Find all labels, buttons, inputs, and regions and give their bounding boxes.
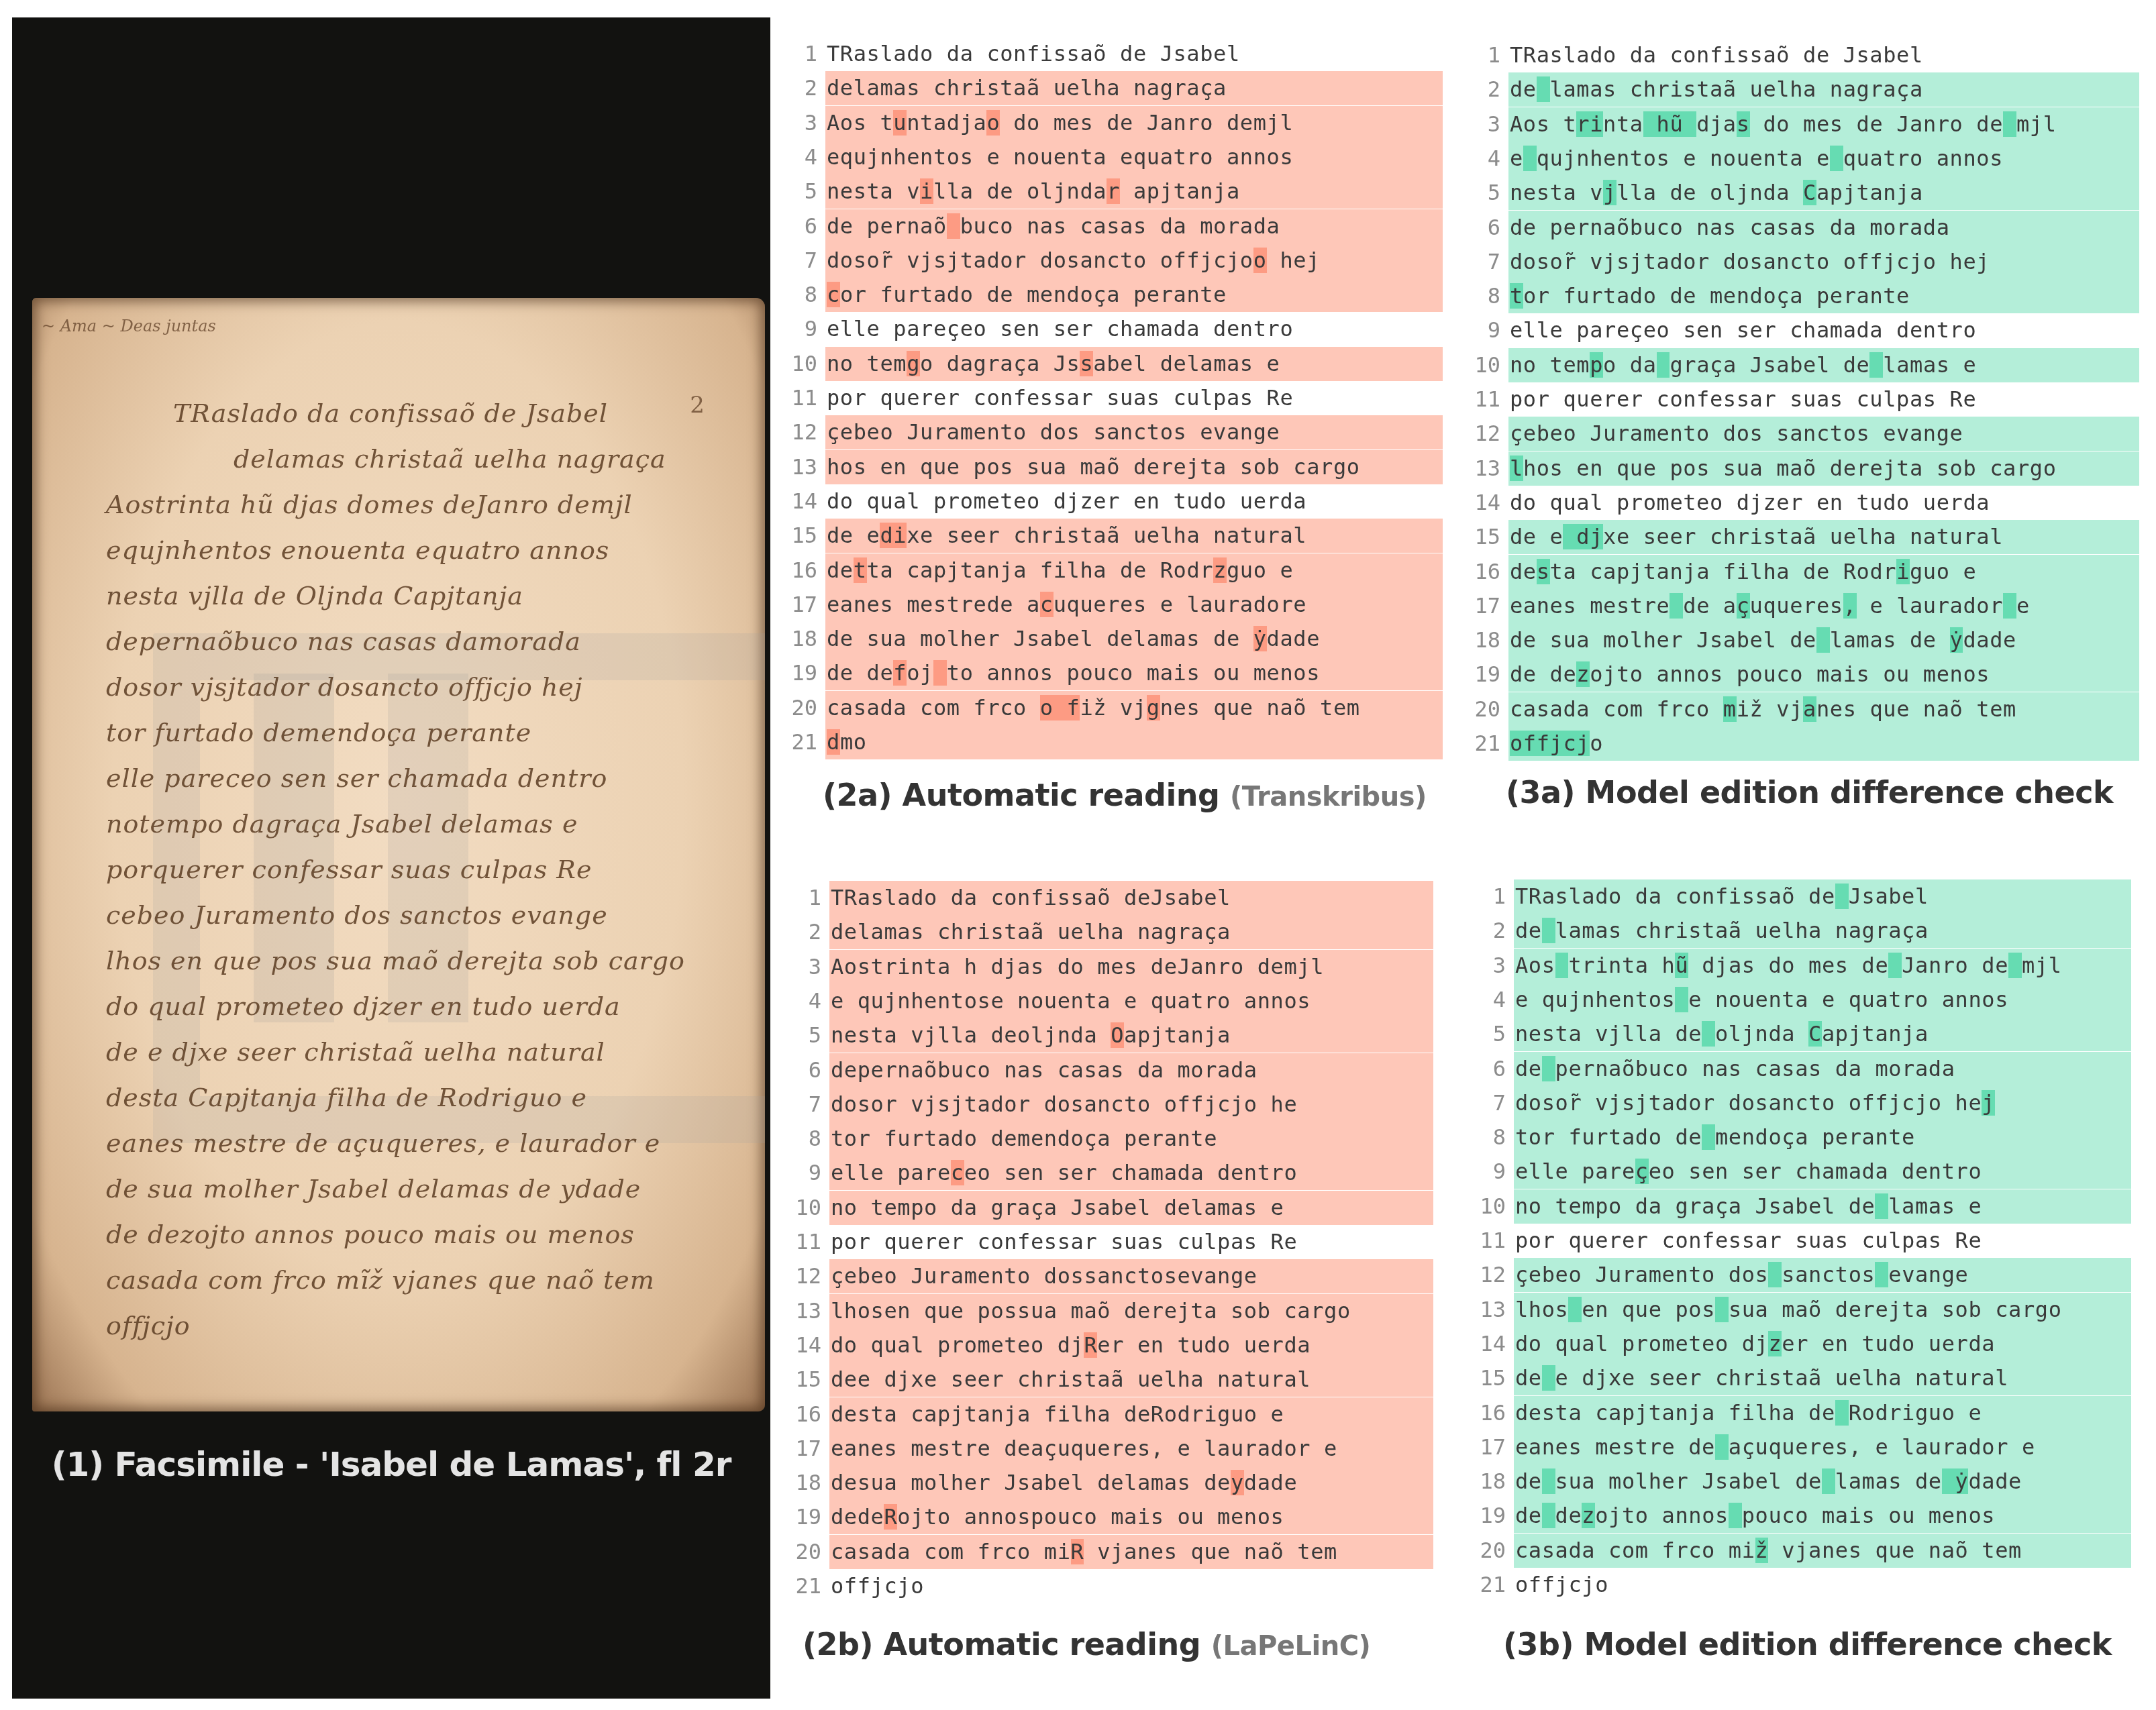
line-text: do qual prometeo djzer en tudo uerda bbox=[1510, 490, 1990, 515]
transcription-line: 20casada com frco o fiž vjgnes que naõ t… bbox=[778, 691, 1443, 725]
diff-mark: r bbox=[1107, 178, 1120, 204]
text-segment: delamas christaã uelha nagraça bbox=[831, 919, 1231, 945]
text-segment: de pernaõ bbox=[827, 213, 947, 239]
text-segment: Rodriguo e bbox=[1849, 1400, 1982, 1426]
transcription-line: 21offjcjo bbox=[1461, 727, 2139, 761]
line-text: de dezojto annos pouco mais ou menos bbox=[1515, 1503, 1995, 1528]
text-segment: e bbox=[1510, 146, 1523, 171]
line-number: 12 bbox=[1461, 421, 1500, 446]
text-segment: sua molher Jsabel de bbox=[1555, 1468, 1822, 1494]
transcription-line: 19de dezojto annos pouco mais ou menos bbox=[1467, 1499, 2131, 1533]
line-number: 11 bbox=[778, 385, 817, 411]
diff-mark bbox=[1835, 884, 1849, 909]
line-text: de defoj to annos pouco mais ou menos bbox=[827, 660, 1320, 686]
line-number: 21 bbox=[1467, 1572, 1506, 1597]
line-number: 11 bbox=[1461, 386, 1500, 412]
line-number: 7 bbox=[782, 1091, 821, 1117]
diff-mark: j bbox=[1603, 180, 1616, 205]
text-segment: abel delamas e bbox=[1093, 351, 1280, 376]
diff-mark: u bbox=[893, 110, 907, 136]
diff-mark: o bbox=[986, 110, 1000, 136]
text-segment: nesta vjlla deoljnda bbox=[831, 1022, 1111, 1048]
facsimile-caption: (1) Facsimile - 'Isabel de Lamas', fl 2r bbox=[12, 1445, 770, 1484]
margin-note: ~ Ama ~ Deas juntas bbox=[42, 317, 216, 335]
diff-mark: hũ bbox=[1643, 111, 1696, 137]
text-segment: o da bbox=[1603, 352, 1656, 378]
diff-mark: t bbox=[854, 557, 867, 583]
panel-3b-caption: (3b) Model edition difference check bbox=[1503, 1626, 2112, 1662]
text-segment: e djxe seer christaã uelha natural bbox=[1555, 1365, 2008, 1391]
diff-mark bbox=[1523, 146, 1537, 171]
line-number: 18 bbox=[778, 626, 817, 651]
line-number: 13 bbox=[778, 454, 817, 480]
line-text: equjnhentos e nouenta equatro annos bbox=[827, 144, 1293, 170]
line-text: de pernaõ buco nas casas da morada bbox=[827, 213, 1280, 239]
diff-mark: C bbox=[1803, 180, 1816, 205]
text-segment: er en tudo uerda bbox=[1097, 1332, 1311, 1358]
text-segment: de e bbox=[1510, 524, 1563, 549]
line-number: 1 bbox=[778, 41, 817, 66]
line-number: 9 bbox=[778, 316, 817, 341]
line-number: 3 bbox=[1467, 953, 1506, 978]
text-segment: guo e bbox=[1227, 557, 1293, 583]
text-segment: elle pare bbox=[831, 1160, 951, 1185]
text-segment: nesta vjlla de bbox=[1515, 1021, 1702, 1047]
transcription-line: 1TRaslado da confissaõ de Jsabel bbox=[1467, 879, 2131, 914]
transcription-line: 13hos en que pos sua maõ derejta sob car… bbox=[778, 450, 1443, 484]
line-text: casada com frco miž vjanes que naõ tem bbox=[1510, 696, 2016, 722]
line-text: nesta villa de oljndar apjtanja bbox=[827, 178, 1240, 204]
line-number: 7 bbox=[1461, 249, 1500, 274]
line-number: 21 bbox=[782, 1573, 821, 1599]
text-segment: mendoça perante bbox=[1715, 1124, 1915, 1150]
text-segment: to annos pouco mais ou menos bbox=[947, 660, 1320, 686]
line-text: offjcjo bbox=[831, 1573, 924, 1599]
transcription-line: 6de pernaõ buco nas casas da morada bbox=[778, 209, 1443, 244]
text-segment: e bbox=[2016, 593, 2030, 619]
text-segment: elle pareçeo sen ser chamada dentro bbox=[827, 316, 1293, 341]
line-text: elle pareçeo sen ser chamada dentro bbox=[1515, 1159, 1982, 1184]
text-segment: çebeo Juramento dos bbox=[1515, 1262, 1768, 1287]
transcription-line: 5nesta vjlla deoljnda Oapjtanja bbox=[782, 1018, 1433, 1053]
text-segment: delamas christaã uelha nagraça bbox=[827, 75, 1227, 101]
text-segment: mjl bbox=[2016, 111, 2057, 137]
line-number: 13 bbox=[1467, 1297, 1506, 1322]
diff-mark: f bbox=[893, 660, 907, 686]
line-number: 6 bbox=[1461, 215, 1500, 240]
text-segment: TRaslado da confissaõ de Jsabel bbox=[1510, 42, 1923, 68]
text-segment: de pernaõbuco nas casas da morada bbox=[1510, 215, 1950, 240]
transcription-line: 21offjcjo bbox=[782, 1569, 1433, 1603]
text-segment: tor furtado demendoça perante bbox=[831, 1126, 1217, 1151]
diff-mark: a bbox=[1803, 696, 1816, 722]
transcription-line: 15de e djxe seer christaã uelha natural bbox=[1461, 520, 2139, 554]
handwritten-line: TRaslado da confissaõ de Jsabel bbox=[173, 398, 608, 428]
text-segment: por querer confessar suas culpas Re bbox=[827, 385, 1293, 411]
text-segment: evange bbox=[1888, 1262, 1968, 1287]
transcription-line: 11por querer confessar suas culpas Re bbox=[782, 1225, 1433, 1259]
line-number: 3 bbox=[782, 954, 821, 979]
transcription-line: 13lhos en que pos sua maõ derejta sob ca… bbox=[1467, 1293, 2131, 1327]
transcription-line: 9elle pareçeo sen ser chamada dentro bbox=[778, 312, 1443, 346]
text-segment: dja bbox=[1696, 111, 1737, 137]
line-number: 14 bbox=[778, 488, 817, 514]
diff-highlight-band bbox=[825, 725, 1443, 759]
text-segment: Aos bbox=[1515, 953, 1555, 978]
line-number: 4 bbox=[1461, 146, 1500, 171]
transcription-line: 13lhosen que possua maõ derejta sob carg… bbox=[782, 1294, 1433, 1328]
text-segment: ojto annos pouco mais ou menos bbox=[1590, 661, 1990, 687]
line-number: 20 bbox=[1461, 696, 1500, 722]
line-number: 5 bbox=[1467, 1021, 1506, 1047]
text-segment: lamas e bbox=[1888, 1193, 1982, 1219]
handwritten-line: do qual prometeo djzer en tudo uerda bbox=[106, 992, 621, 1021]
transcription-line: 9elle pareceo sen ser chamada dentro bbox=[782, 1156, 1433, 1190]
text-segment: TRaslado da confissaõ de Jsabel bbox=[827, 41, 1240, 66]
line-text: de sua molher Jsabel delamas de ẏdade bbox=[827, 626, 1320, 651]
transcription-line: 20casada com frco miR vjanes que naõ tem bbox=[782, 1535, 1433, 1569]
text-segment: ojto annos bbox=[1595, 1503, 1729, 1528]
diff-mark bbox=[1568, 1297, 1582, 1322]
transcription-line: 1TRaslado da confissaõ de Jsabel bbox=[778, 37, 1443, 71]
text-segment: guo e bbox=[1910, 559, 1976, 584]
line-text: Aos trinta hũ djas do mes de Janro de mj… bbox=[1510, 111, 2057, 137]
text-segment: Janro de bbox=[1902, 953, 2008, 978]
folio-number: 2 bbox=[690, 392, 705, 419]
text-segment: TRaslado da confissaõ deJsabel bbox=[831, 885, 1231, 910]
handwritten-line: desta Capjtanja filha de Rodriguo e bbox=[106, 1083, 587, 1112]
diff-mark bbox=[1822, 1468, 1835, 1494]
line-text: TRaslado da confissaõ de Jsabel bbox=[1510, 42, 1923, 68]
line-text: nesta vjlla de oljnda Capjtanja bbox=[1515, 1021, 1929, 1047]
line-text: desta capjtanja filha de Rodriguo e bbox=[1515, 1400, 1982, 1426]
text-segment: elle pareçeo sen ser chamada dentro bbox=[1510, 317, 1976, 343]
line-text: no temgo dagraça Jssabel delamas e bbox=[827, 351, 1280, 376]
line-text: dosor̃ vjsjtador dosancto offjcjo hej bbox=[1510, 249, 1990, 274]
diff-mark bbox=[1542, 1468, 1555, 1494]
text-segment: çebeo Juramento dossanctosevange bbox=[831, 1263, 1257, 1289]
transcription-line: 16desta capjtanja filha de Rodriguo e bbox=[1461, 555, 2139, 589]
text-segment: no tem bbox=[827, 351, 907, 376]
line-text: Aos trinta hũ djas do mes de Janro de mj… bbox=[1515, 953, 2062, 978]
line-text: por querer confessar suas culpas Re bbox=[827, 385, 1293, 411]
text-segment: de bbox=[1510, 76, 1537, 102]
diff-mark bbox=[1869, 352, 1883, 378]
text-segment: lhos bbox=[1515, 1297, 1568, 1322]
line-number: 12 bbox=[1467, 1262, 1506, 1287]
transcription-line: 8cor furtado de mendoça perante bbox=[778, 278, 1443, 312]
transcription-line: 11por querer confessar suas culpas Re bbox=[1461, 382, 2139, 417]
diff-mark: d bbox=[827, 729, 840, 755]
text-segment: hos en que pos sua maõ derejta sob cargo bbox=[1523, 456, 2057, 481]
transcription-line: 3Aos tuntadjao do mes de Janro demjl bbox=[778, 106, 1443, 140]
text-segment: e laurador bbox=[1857, 593, 2004, 619]
text-segment: sanctos bbox=[1782, 1262, 1875, 1287]
text-segment: dade bbox=[1963, 627, 2016, 653]
text-segment: oljnda bbox=[1715, 1021, 1808, 1047]
text-segment: lla de oljnda bbox=[1616, 180, 1803, 205]
diff-mark bbox=[1835, 1400, 1849, 1426]
diff-mark bbox=[1702, 1124, 1715, 1150]
caption-main: (2a) Automatic reading bbox=[823, 777, 1219, 813]
line-text: elle pareçeo sen ser chamada dentro bbox=[827, 316, 1293, 341]
diff-mark: i bbox=[1896, 559, 1910, 584]
transcription-line: 18de sua molher Jsabel de lamas de ẏdade bbox=[1461, 623, 2139, 657]
line-number: 18 bbox=[1461, 627, 1500, 653]
diff-mark: c bbox=[951, 1160, 964, 1185]
text-segment: por querer confessar suas culpas Re bbox=[831, 1229, 1297, 1254]
line-text: de lamas christaã uelha nagraça bbox=[1515, 918, 1929, 943]
diff-mark bbox=[1675, 987, 1688, 1012]
text-segment: de sua molher Jsabel delamas de bbox=[827, 626, 1253, 651]
transcription-line: 4equjnhentos e nouenta equatro annos bbox=[778, 140, 1443, 174]
handwritten-line: depernaõbuco nas casas damorada bbox=[106, 627, 581, 656]
diff-mark: ž bbox=[1755, 1538, 1769, 1563]
line-text: hos en que pos sua maõ derejta sob cargo bbox=[827, 454, 1360, 480]
line-text: Aos tuntadjao do mes de Janro demjl bbox=[827, 110, 1293, 136]
transcription-line: 10no tempo da graça Jsabel delamas e bbox=[782, 1191, 1433, 1225]
line-number: 3 bbox=[778, 110, 817, 136]
transcription-line: 7dosor̃ vjsjtador dosancto offjcjo hej bbox=[1467, 1086, 2131, 1120]
text-segment: dade bbox=[1244, 1470, 1297, 1495]
text-segment: lla de oljnda bbox=[933, 178, 1107, 204]
line-number: 12 bbox=[778, 419, 817, 445]
diff-mark bbox=[1888, 953, 1902, 978]
diff-mark: z bbox=[1576, 661, 1590, 687]
line-number: 6 bbox=[778, 213, 817, 239]
transcription-line: 3Aos trinta hũ djas do mes de Janro de m… bbox=[1467, 949, 2131, 983]
line-number: 1 bbox=[782, 885, 821, 910]
transcription-line: 13lhos en que pos sua maõ derejta sob ca… bbox=[1461, 451, 2139, 486]
text-segment: mjl bbox=[2022, 953, 2062, 978]
line-text: detta capjtanja filha de Rodrzguo e bbox=[827, 557, 1293, 583]
caption-source: (LaPeLinC) bbox=[1211, 1631, 1371, 1662]
transcription-line: 14do qual prometeo djzer en tudo uerda bbox=[778, 484, 1443, 519]
transcription-line: 8tor furtado de mendoça perante bbox=[1461, 279, 2139, 313]
text-segment: dade bbox=[1267, 626, 1320, 651]
handwritten-line: de dezojto annos pouco mais ou menos bbox=[106, 1220, 635, 1249]
line-text: offjcjo bbox=[1510, 731, 1603, 756]
text-segment: dade bbox=[1968, 1468, 2021, 1494]
line-number: 10 bbox=[1461, 352, 1500, 378]
line-number: 13 bbox=[1461, 456, 1500, 481]
line-number: 2 bbox=[782, 919, 821, 945]
line-number: 15 bbox=[1467, 1365, 1506, 1391]
text-segment: iž vj bbox=[1737, 696, 1803, 722]
handwritten-line: notempo dagraça Jsabel delamas e bbox=[106, 809, 578, 839]
line-text: de edixe seer christaã uelha natural bbox=[827, 523, 1306, 548]
line-text: desta capjtanja filha de Rodriguo e bbox=[1510, 559, 1976, 584]
text-segment: no tem bbox=[1510, 352, 1590, 378]
text-segment: nes que naõ tem bbox=[1160, 695, 1360, 720]
diff-mark bbox=[1542, 918, 1555, 943]
transcription-line: 15dee djxe seer christaã uelha natural bbox=[782, 1362, 1433, 1397]
diff-mark bbox=[1729, 1503, 1742, 1528]
line-text: eanes mestre de açuqueres, e laurador e bbox=[1515, 1434, 2035, 1460]
line-text: nesta vjlla de oljnda Capjtanja bbox=[1510, 180, 1923, 205]
line-text: elle pareceo sen ser chamada dentro bbox=[831, 1160, 1297, 1185]
transcription-line: 9elle pareçeo sen ser chamada dentro bbox=[1461, 313, 2139, 348]
line-text: elle pareçeo sen ser chamada dentro bbox=[1510, 317, 1976, 343]
line-text: de sua molher Jsabel de lamas de ẏdade bbox=[1510, 627, 2016, 653]
diff-mark: ũ bbox=[1675, 953, 1688, 978]
line-text: por querer confessar suas culpas Re bbox=[1510, 386, 1976, 412]
text-segment: dosor vjsjtador dosancto offjcjo he bbox=[831, 1091, 1297, 1117]
transcription-line: 3Aos trinta hũ djas do mes de Janro de m… bbox=[1461, 107, 2139, 142]
line-number: 19 bbox=[1461, 661, 1500, 687]
line-text: no tempo da graça Jsabel de lamas e bbox=[1515, 1193, 1982, 1219]
transcription-line: 18de sua molher Jsabel delamas de ẏdade bbox=[778, 622, 1443, 656]
text-segment: de de bbox=[827, 660, 893, 686]
transcription-line: 16desta capjtanja filha deRodriguo e bbox=[782, 1397, 1433, 1432]
text-segment: casada com frco mi bbox=[831, 1539, 1071, 1564]
line-number: 5 bbox=[782, 1022, 821, 1048]
transcription-line: 5nesta vjlla de oljnda Capjtanja bbox=[1461, 176, 2139, 210]
line-text: por querer confessar suas culpas Re bbox=[1515, 1228, 1982, 1253]
diff-mark: i bbox=[920, 178, 933, 204]
line-text: TRaslado da confissaõ deJsabel bbox=[831, 885, 1231, 910]
diff-mark: ç bbox=[1737, 593, 1750, 619]
text-segment: o bbox=[1590, 731, 1603, 756]
diff-mark bbox=[1702, 1021, 1715, 1047]
text-segment: offjcjo bbox=[831, 1573, 924, 1599]
text-segment: açuqueres, e laurador e bbox=[1729, 1434, 2035, 1460]
text-segment: por querer confessar suas culpas Re bbox=[1510, 386, 1976, 412]
line-text: casada com frco miR vjanes que naõ tem bbox=[831, 1539, 1337, 1564]
text-segment: lamas de bbox=[1830, 627, 1950, 653]
line-number: 1 bbox=[1461, 42, 1500, 68]
diff-mark bbox=[1537, 76, 1550, 102]
diff-mark: z bbox=[1768, 1331, 1782, 1356]
text-segment: e qujnhentose nouenta e quatro annos bbox=[831, 988, 1311, 1014]
diff-mark bbox=[1542, 1365, 1555, 1391]
diff-mark bbox=[1670, 593, 1683, 619]
text-segment: djas do mes de bbox=[1688, 953, 1888, 978]
transcription-line: 1TRaslado da confissaõ deJsabel bbox=[782, 881, 1433, 915]
text-segment: vjanes que naõ tem bbox=[1768, 1538, 2021, 1563]
line-number: 13 bbox=[782, 1298, 821, 1324]
diff-mark: ç bbox=[1635, 1159, 1649, 1184]
diff-mark: ẏ bbox=[1950, 627, 1963, 653]
line-text: çebeo Juramento dossanctosevange bbox=[831, 1263, 1257, 1289]
line-text: depernaõbuco nas casas da morada bbox=[831, 1057, 1257, 1083]
text-segment: elle pare bbox=[1515, 1159, 1635, 1184]
panel-2b-caption: (2b) Automatic reading (LaPeLinC) bbox=[803, 1626, 1370, 1662]
transcription-line: 6de pernaõbuco nas casas da morada bbox=[1467, 1052, 2131, 1086]
text-segment: dee djxe seer christaã uelha natural bbox=[831, 1367, 1311, 1392]
line-text: dee djxe seer christaã uelha natural bbox=[831, 1367, 1311, 1392]
line-text: dosor̃ vjsjtador dosancto offjcjoo hej bbox=[827, 248, 1320, 273]
text-segment: do qual prometeo dj bbox=[1515, 1331, 1768, 1356]
handwritten-line: elle pareceo sen ser chamada dentro bbox=[106, 763, 607, 793]
text-segment: lamas christaã uelha nagraça bbox=[1550, 76, 1923, 102]
diff-mark bbox=[1542, 1056, 1555, 1081]
text-segment: sua maõ derejta sob cargo bbox=[1729, 1297, 2062, 1322]
text-segment: no tempo da graça Jsabel de bbox=[1515, 1193, 1875, 1219]
text-segment: de e bbox=[827, 523, 880, 548]
text-segment: ntadja bbox=[907, 110, 986, 136]
text-segment: graça Jsabel de bbox=[1670, 352, 1869, 378]
text-segment: nesta v bbox=[1510, 180, 1603, 205]
line-text: TRaslado da confissaõ de Jsabel bbox=[1515, 884, 1929, 909]
line-number: 16 bbox=[1461, 559, 1500, 584]
line-number: 4 bbox=[1467, 987, 1506, 1012]
line-number: 20 bbox=[778, 695, 817, 720]
handwritten-line: nesta vjlla de Oljnda Capjtanja bbox=[106, 581, 523, 610]
diff-mark: ẏ bbox=[1942, 1468, 1969, 1494]
text-segment: de bbox=[1515, 918, 1542, 943]
line-number: 5 bbox=[1461, 180, 1500, 205]
diff-mark: R bbox=[884, 1504, 897, 1530]
text-segment: desta capjtanja filha deRodriguo e bbox=[831, 1401, 1284, 1427]
text-segment: eanes mestrede a bbox=[827, 592, 1040, 617]
diff-mark bbox=[2008, 953, 2022, 978]
transcription-line: 20casada com frco miž vjanes que naõ tem bbox=[1467, 1534, 2131, 1568]
diff-mark: O bbox=[1111, 1022, 1124, 1048]
line-text: lhos en que pos sua maõ derejta sob carg… bbox=[1510, 456, 2057, 481]
text-segment: Aos t bbox=[1510, 111, 1576, 137]
text-segment: pouco mais ou menos bbox=[1742, 1503, 1995, 1528]
line-text: lhosen que possua maõ derejta sob cargo bbox=[831, 1298, 1351, 1324]
line-number: 10 bbox=[782, 1195, 821, 1220]
line-number: 20 bbox=[782, 1539, 821, 1564]
caption-source: (Transkribus) bbox=[1230, 782, 1427, 812]
diff-mark bbox=[1830, 146, 1843, 171]
transcription-line: 17eanes mestrede acuqueres e lauradore bbox=[778, 588, 1443, 622]
text-segment: do qual prometeo djzer en tudo uerda bbox=[827, 488, 1306, 514]
text-segment: buco nas casas da morada bbox=[960, 213, 1280, 239]
diff-mark bbox=[1715, 1434, 1729, 1460]
line-number: 18 bbox=[1467, 1468, 1506, 1494]
text-segment: vjanes que naõ tem bbox=[1084, 1539, 1337, 1564]
text-segment: de bbox=[1515, 1056, 1542, 1081]
line-text: e qujnhentos e nouenta e quatro annos bbox=[1515, 987, 2008, 1012]
text-segment: xe seer christaã uelha natural bbox=[907, 523, 1306, 548]
line-number: 15 bbox=[778, 523, 817, 548]
diff-mark bbox=[1657, 352, 1670, 378]
transcription-line: 4e qujnhentose nouenta e quatro annos bbox=[782, 984, 1433, 1018]
transcription-line: 18de sua molher Jsabel de lamas de ẏdade bbox=[1467, 1464, 2131, 1499]
text-segment: casada com frco mi bbox=[1515, 1538, 1755, 1563]
text-segment: TRaslado da confissaõ de bbox=[1515, 884, 1835, 909]
line-number: 2 bbox=[1467, 918, 1506, 943]
line-number: 8 bbox=[1461, 283, 1500, 309]
transcription-line: 2delamas christaã uelha nagraça bbox=[778, 71, 1443, 105]
diff-mark: s bbox=[1080, 351, 1093, 376]
text-segment: casada com frco bbox=[1510, 696, 1723, 722]
line-number: 21 bbox=[1461, 731, 1500, 756]
diff-mark: ẏ bbox=[1253, 626, 1267, 651]
diff-mark: z bbox=[1213, 557, 1227, 583]
transcription-line: 6depernaõbuco nas casas da morada bbox=[782, 1053, 1433, 1087]
transcription-line: 15de edixe seer christaã uelha natural bbox=[778, 519, 1443, 553]
transcription-line: 19de defoj to annos pouco mais ou menos bbox=[778, 656, 1443, 690]
handwritten-line: de sua molher Jsabel delamas de ydade bbox=[106, 1174, 641, 1204]
text-segment: de bbox=[1515, 1468, 1542, 1494]
text-segment: de bbox=[827, 557, 854, 583]
panel-3a-caption: (3a) Model edition difference check bbox=[1506, 774, 2113, 810]
line-text: offjcjo bbox=[1515, 1572, 1608, 1597]
line-text: do qual prometeo djzer en tudo uerda bbox=[1515, 1331, 1995, 1356]
line-number: 3 bbox=[1461, 111, 1500, 137]
line-number: 11 bbox=[782, 1229, 821, 1254]
text-segment: lamas e bbox=[1883, 352, 1976, 378]
line-number: 7 bbox=[1467, 1090, 1506, 1116]
transcription-line: 5nesta villa de oljndar apjtanja bbox=[778, 174, 1443, 209]
text-segment: Aos t bbox=[827, 110, 893, 136]
line-number: 19 bbox=[778, 660, 817, 686]
text-segment: çebeo Juramento dos sanctos evange bbox=[1510, 421, 1963, 446]
